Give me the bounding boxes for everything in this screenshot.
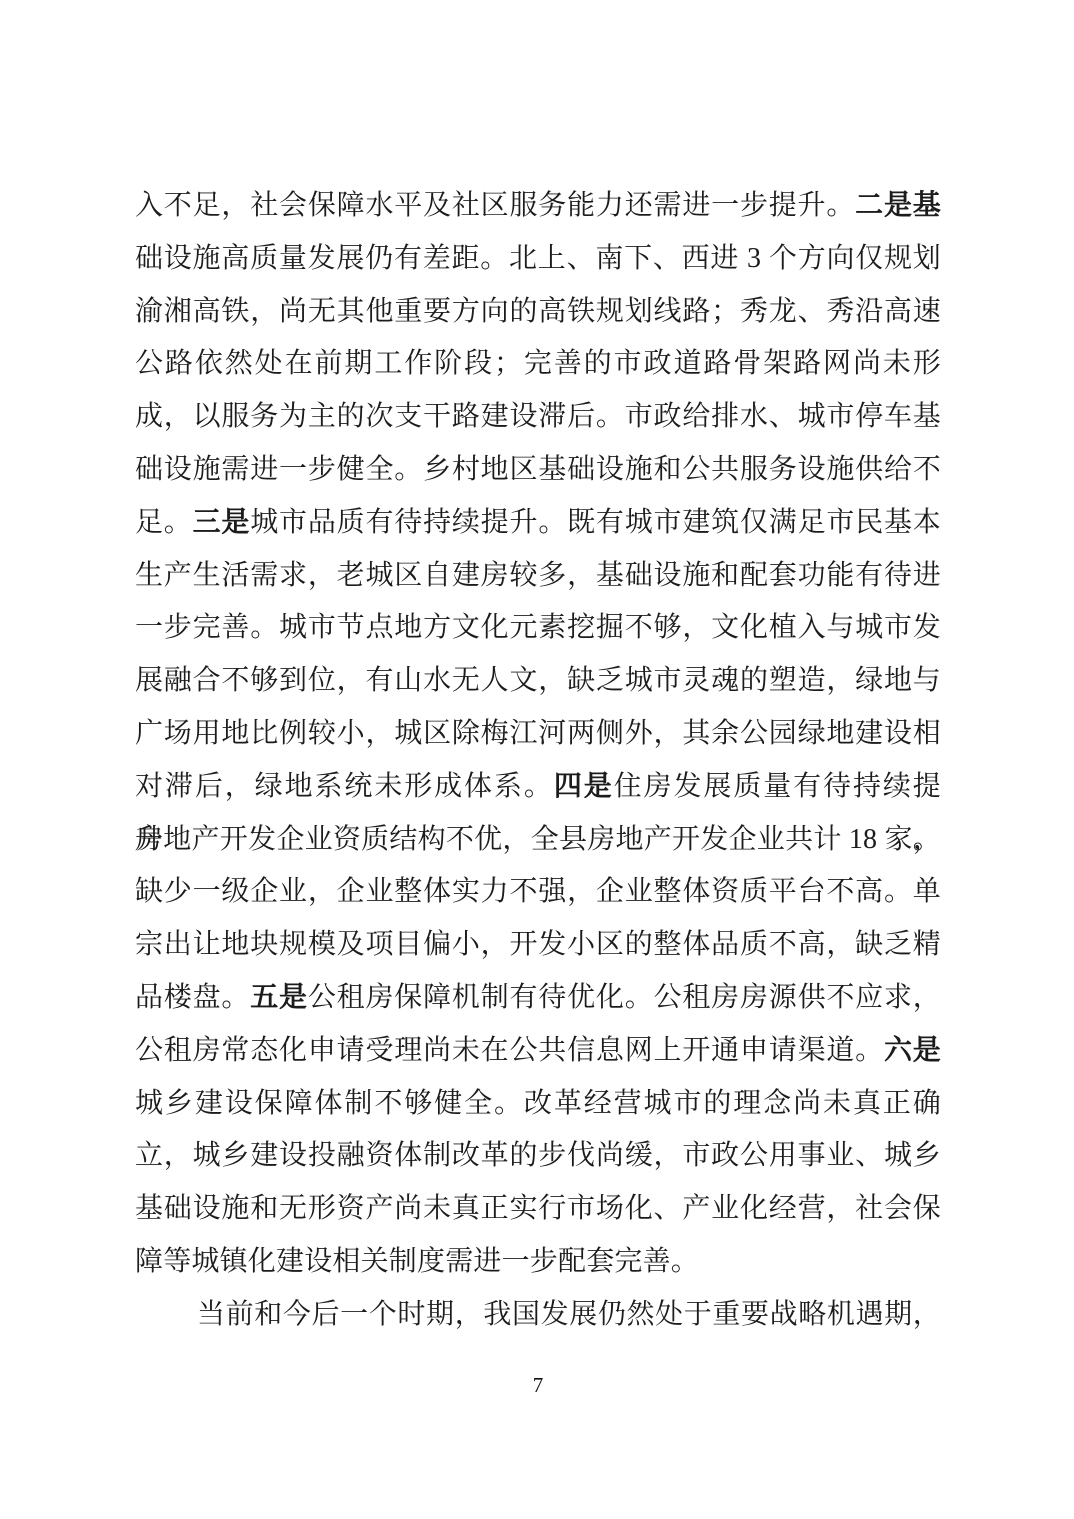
text-run: 立，城乡建设投融资体制改革的步伐尚缓，市政公用事业、城乡 — [135, 1140, 941, 1171]
text-run: 公租房常态化申请受理尚未在公共信息网上开通申请渠道。 — [135, 1035, 884, 1066]
text-line: 入不足，社会保障水平及社区服务能力还需进一步提升。二是基 — [135, 180, 941, 233]
text-run: 成，以服务为主的次支干路建设滞后。市政给排水、城市停车基 — [135, 401, 941, 432]
text-line: 立，城乡建设投融资体制改革的步伐尚缓，市政公用事业、城乡 — [135, 1130, 941, 1183]
text-run: 障等城镇化建设相关制度需进一步配套完善。 — [135, 1246, 699, 1277]
text-run: 广场用地比例较小，城区除梅江河两侧外，其余公园绿地建设相 — [135, 718, 941, 749]
text-run: 足。 — [135, 507, 193, 538]
text-line: 一步完善。城市节点地方文化元素挖掘不够，文化植入与城市发 — [135, 602, 941, 655]
text-line: 础设施需进一步健全。乡村地区基础设施和公共服务设施供给不 — [135, 444, 941, 497]
text-line: 成，以服务为主的次支干路建设滞后。市政给排水、城市停车基 — [135, 391, 941, 444]
bold-text-run: 四是 — [554, 771, 614, 802]
text-run: 品楼盘。 — [135, 982, 250, 1013]
text-line: 宗出让地块规模及项目偏小，开发小区的整体品质不高，缺乏精 — [135, 919, 941, 972]
text-run: 渝湘高铁，尚无其他重要方向的高铁规划线路；秀龙、秀沿高速 — [135, 296, 941, 327]
text-line: 公路依然处在前期工作阶段；完善的市政道路骨架路网尚未形 — [135, 338, 941, 391]
text-run: 城乡建设保障体制不够健全。改革经营城市的理念尚未真正确 — [135, 1088, 941, 1119]
bold-text-run: 六是 — [884, 1035, 941, 1066]
text-line: 当前和今后一个时期，我国发展仍然处于重要战略机遇期， — [135, 1289, 941, 1342]
text-run: 础设施需进一步健全。乡村地区基础设施和公共服务设施供给不 — [135, 454, 941, 485]
bold-text-run: 三是 — [193, 507, 251, 538]
text-run: 城市品质有待持续提升。既有城市建筑仅满足市民基本 — [250, 507, 941, 538]
text-line: 广场用地比例较小，城区除梅江河两侧外，其余公园绿地建设相 — [135, 708, 941, 761]
document-page: 入不足，社会保障水平及社区服务能力还需进一步提升。二是基础设施高质量发展仍有差距… — [0, 0, 1074, 1519]
text-run: 缺少一级企业，企业整体实力不强，企业整体资质平台不高。单 — [135, 876, 941, 907]
text-run: 当前和今后一个时期，我国发展仍然处于重要战略机遇期， — [135, 1299, 941, 1330]
text-line: 对滞后，绿地系统未形成体系。四是住房发展质量有待持续提升。 — [135, 761, 941, 814]
text-line: 障等城镇化建设相关制度需进一步配套完善。 — [135, 1236, 941, 1289]
text-line: 缺少一级企业，企业整体实力不强，企业整体资质平台不高。单 — [135, 866, 941, 919]
text-run: 对滞后，绿地系统未形成体系。 — [135, 771, 554, 802]
text-run: 宗出让地块规模及项目偏小，开发小区的整体品质不高，缺乏精 — [135, 929, 941, 960]
text-run: 房地产开发企业资质结构不优，全县房地产开发企业共计 18 家， — [135, 824, 941, 855]
text-run: 展融合不够到位，有山水无人文，缺乏城市灵魂的塑造，绿地与 — [135, 665, 941, 696]
text-line: 渝湘高铁，尚无其他重要方向的高铁规划线路；秀龙、秀沿高速 — [135, 286, 941, 339]
text-line: 城乡建设保障体制不够健全。改革经营城市的理念尚未真正确 — [135, 1078, 941, 1131]
text-run: 一步完善。城市节点地方文化元素挖掘不够，文化植入与城市发 — [135, 612, 941, 643]
document-body: 入不足，社会保障水平及社区服务能力还需进一步提升。二是基础设施高质量发展仍有差距… — [135, 180, 941, 1342]
text-line: 房地产开发企业资质结构不优，全县房地产开发企业共计 18 家， — [135, 814, 941, 867]
text-line: 展融合不够到位，有山水无人文，缺乏城市灵魂的塑造，绿地与 — [135, 655, 941, 708]
text-run: 入不足，社会保障水平及社区服务能力还需进一步提升。 — [135, 190, 855, 221]
text-line: 基础设施和无形资产尚未真正实行市场化、产业化经营，社会保 — [135, 1183, 941, 1236]
bold-text-run: 五是 — [250, 982, 308, 1013]
text-run: 公路依然处在前期工作阶段；完善的市政道路骨架路网尚未形 — [135, 348, 941, 379]
text-line: 础设施高质量发展仍有差距。北上、南下、西进 3 个方向仅规划 — [135, 233, 941, 286]
text-run: 基础设施和无形资产尚未真正实行市场化、产业化经营，社会保 — [135, 1193, 941, 1224]
text-line: 品楼盘。五是公租房保障机制有待优化。公租房房源供不应求， — [135, 972, 941, 1025]
page-number: 7 — [135, 1368, 941, 1402]
text-run: 公租房保障机制有待优化。公租房房源供不应求， — [308, 982, 941, 1013]
bold-text-run: 二是基 — [855, 190, 941, 221]
text-line: 足。三是城市品质有待持续提升。既有城市建筑仅满足市民基本 — [135, 497, 941, 550]
text-run: 础设施高质量发展仍有差距。北上、南下、西进 3 个方向仅规划 — [135, 243, 941, 274]
text-line: 生产生活需求，老城区自建房较多，基础设施和配套功能有待进 — [135, 550, 941, 603]
text-run: 生产生活需求，老城区自建房较多，基础设施和配套功能有待进 — [135, 560, 941, 591]
text-line: 公租房常态化申请受理尚未在公共信息网上开通申请渠道。六是 — [135, 1025, 941, 1078]
